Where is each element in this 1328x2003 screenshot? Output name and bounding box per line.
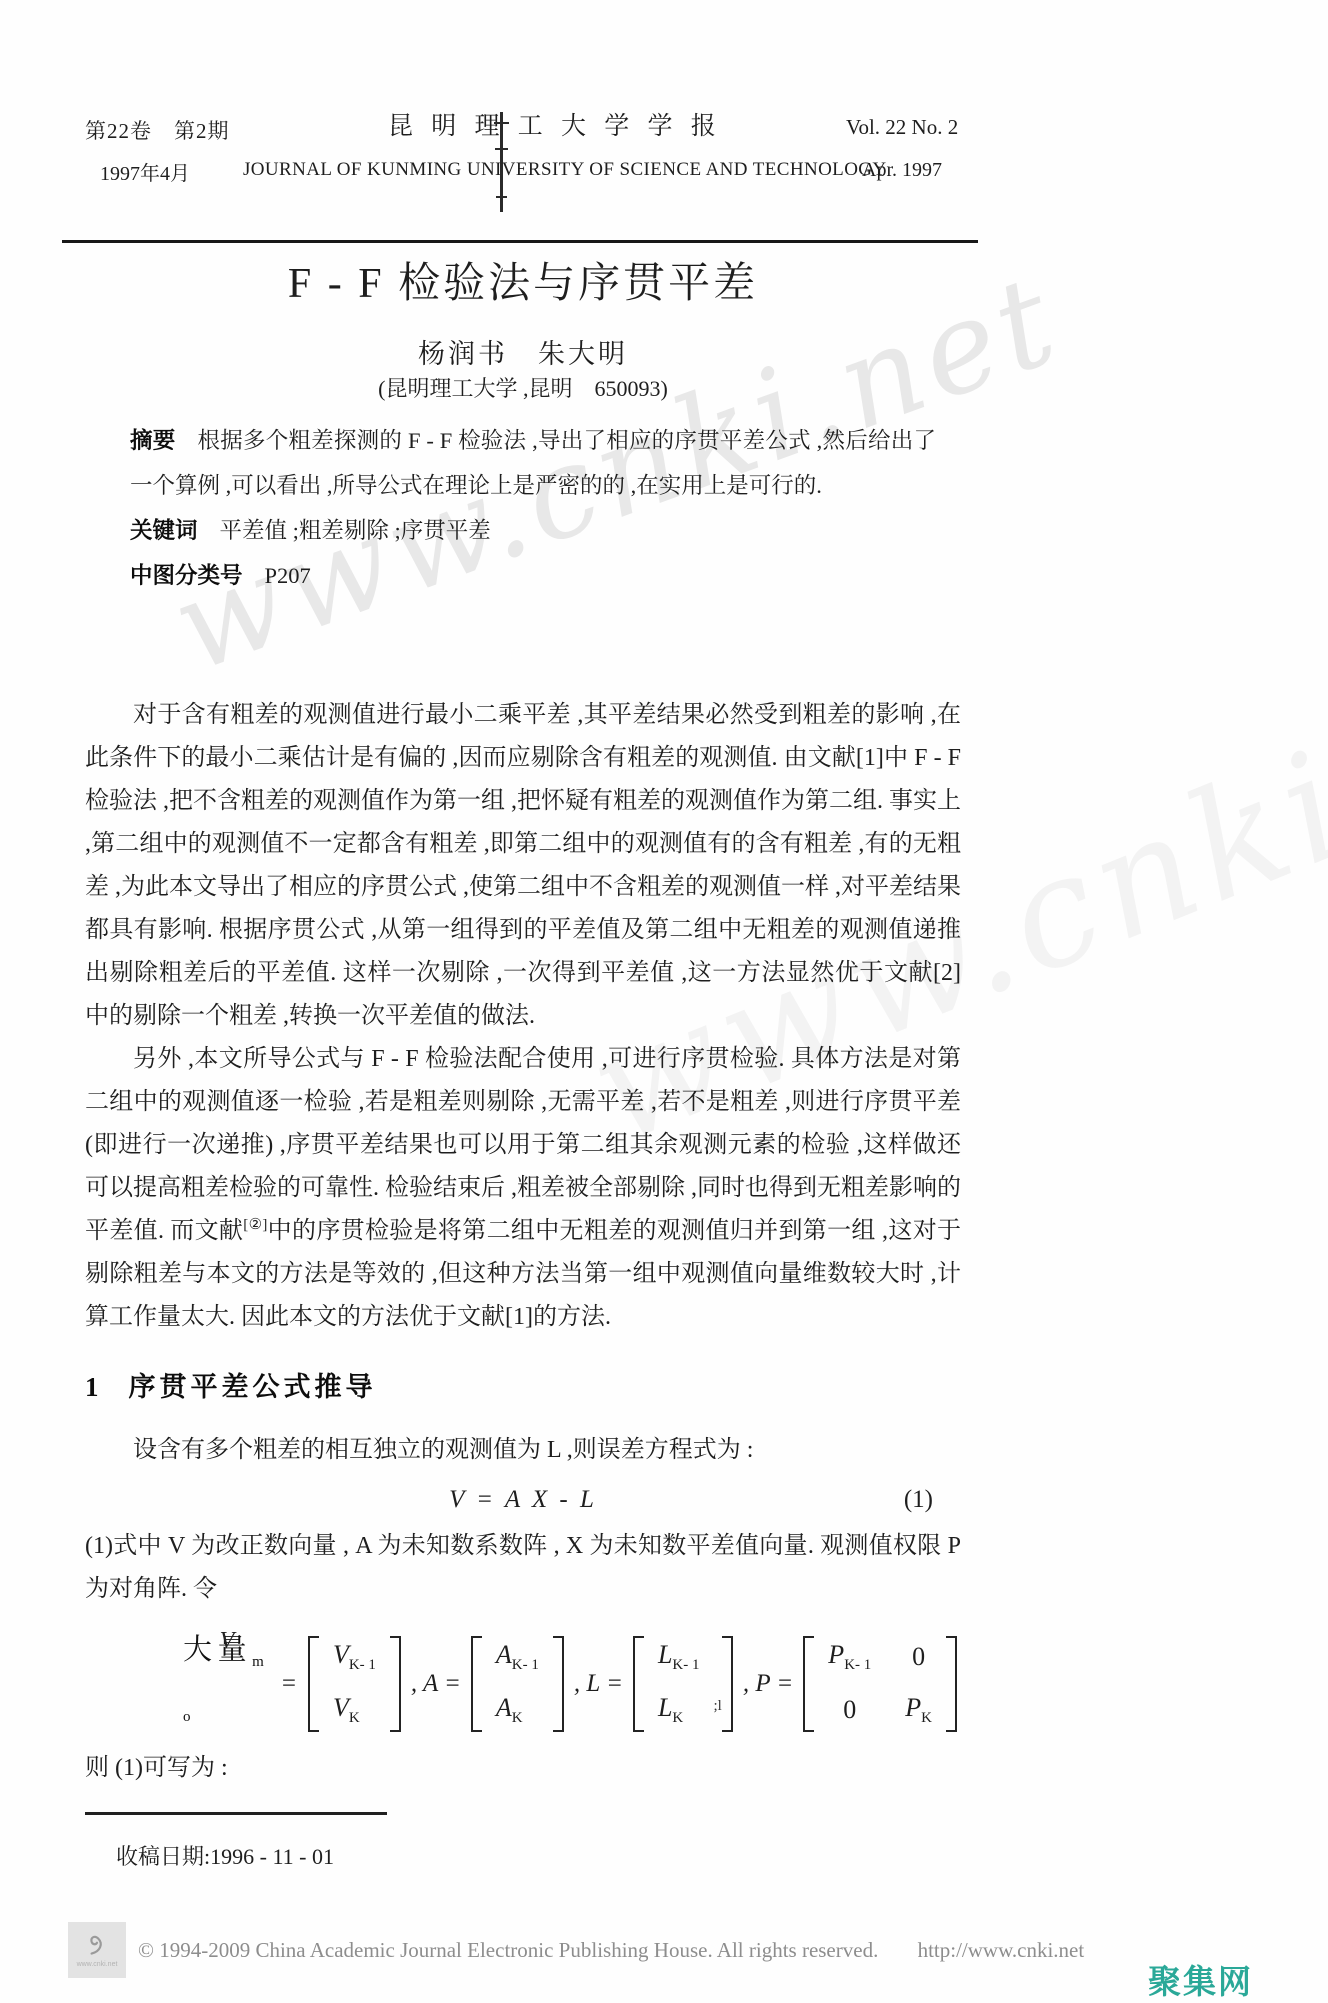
received-date: 收稿日期:1996 - 11 - 01 bbox=[116, 1840, 334, 1871]
left-bracket bbox=[471, 1636, 482, 1732]
abstract-label: 摘要 bbox=[130, 428, 175, 453]
section-title: 序贯平差公式推导 bbox=[129, 1372, 377, 1402]
scan-artifact-tick bbox=[494, 122, 509, 124]
equation-1-explanation: (1)式中 V 为改正数向量 , A 为未知数系数阵 , X 为未知数平差值向量… bbox=[85, 1525, 961, 1611]
journal-title-en: JOURNAL OF KUNMING UNIVERSITY OF SCIENCE… bbox=[243, 159, 887, 181]
scan-artifact-tick bbox=[495, 148, 508, 150]
matrix-l: LK- 1 LK ;l bbox=[633, 1636, 733, 1732]
equation-1: V = A X - L (1) bbox=[85, 1478, 961, 1521]
left-bracket bbox=[803, 1636, 814, 1732]
right-bracket bbox=[722, 1636, 733, 1732]
section-1-heading: 1序贯平差公式推导 bbox=[85, 1366, 961, 1409]
matrix-a-cell: AK- 1 bbox=[496, 1642, 539, 1673]
cnki-logo: www.cnki.net bbox=[68, 1922, 126, 1978]
cnki-url: http://www.cnki.net bbox=[918, 1938, 1085, 1962]
clc-code: P207 bbox=[265, 563, 311, 588]
matrix-p-cell: PK bbox=[905, 1695, 932, 1726]
article-body: 对于含有粗差的观测值进行最小二乘平差 ,其平差结果必然受到粗差的影响 ,在此条件… bbox=[85, 694, 961, 1790]
matrix-separator-p: , P = bbox=[743, 1662, 793, 1705]
matrix-p: PK- 1 0 0 PK bbox=[803, 1636, 957, 1732]
matrix-definitions: 大量Vm o = VK- 1 VK , A = AK- 1 AK , L bbox=[183, 1629, 961, 1739]
scan-artifact-stamp bbox=[494, 112, 510, 212]
paragraph-2: 另外 ,本文所导公式与 F - F 检验法配合使用 ,可进行序贯检验. 具体方法… bbox=[85, 1038, 961, 1339]
keywords-line: 关键词平差值 ;粗差剔除 ;序贯平差 bbox=[130, 508, 936, 553]
scan-artifact-tick bbox=[496, 196, 507, 198]
journal-title-cn: 昆 明 理 工 大 学 学 报 bbox=[388, 106, 722, 142]
matrix-l-cell: LK bbox=[658, 1695, 700, 1726]
v-symbol: V bbox=[220, 1620, 235, 1663]
equals-sign: = bbox=[282, 1662, 296, 1705]
cnki-swirl-icon bbox=[84, 1933, 110, 1959]
issue-date-en: Apr. 1997 bbox=[862, 159, 942, 182]
article-title: F - F 检验法与序贯平差 bbox=[85, 250, 961, 310]
equation-1-number: (1) bbox=[904, 1478, 933, 1521]
keywords-label: 关键词 bbox=[130, 518, 198, 543]
abstract-text: 根据多个粗差探测的 F - F 检验法 ,导出了相应的序贯平差公式 ,然后给出了… bbox=[130, 428, 936, 498]
right-bracket bbox=[390, 1636, 401, 1732]
reference-superscript: [②] bbox=[243, 1217, 267, 1233]
clc-label: 中图分类号 bbox=[130, 563, 243, 588]
issue-volume-cn: 第22卷 第2期 bbox=[85, 115, 230, 145]
wm-char-overlap: 量V bbox=[218, 1634, 253, 1666]
matrix-p-cell: 0 bbox=[912, 1644, 925, 1670]
matrix-v: VK- 1 VK bbox=[308, 1636, 401, 1732]
overlapping-watermark-text: 大量Vm o bbox=[183, 1629, 264, 1739]
matrix-a-cell: AK bbox=[496, 1695, 539, 1726]
equation-1-expression: V = A X - L bbox=[449, 1486, 597, 1513]
scan-artifact-text: ;l bbox=[714, 1685, 722, 1728]
matrix-separator-l: , L = bbox=[574, 1662, 623, 1705]
site-watermark: 聚集网 bbox=[1148, 1956, 1253, 2003]
clc-line: 中图分类号P207 bbox=[130, 553, 936, 598]
section-number: 1 bbox=[85, 1372, 99, 1402]
header-rule bbox=[62, 240, 978, 243]
right-bracket bbox=[946, 1636, 957, 1732]
cnki-logo-caption: www.cnki.net bbox=[77, 1961, 118, 1968]
copyright-line: © 1994-2009 China Academic Journal Elect… bbox=[138, 1938, 1158, 1963]
wm-char: 大 bbox=[183, 1634, 218, 1666]
keywords-text: 平差值 ;粗差剔除 ;序贯平差 bbox=[220, 518, 491, 543]
left-bracket bbox=[308, 1636, 319, 1732]
matrix-l-cell: LK- 1 bbox=[658, 1642, 700, 1673]
left-bracket bbox=[633, 1636, 644, 1732]
matrix-separator-a: , A = bbox=[411, 1662, 461, 1705]
copyright-text: © 1994-2009 China Academic Journal Elect… bbox=[138, 1938, 878, 1962]
matrix-p-cell: PK- 1 bbox=[828, 1642, 871, 1673]
matrix-p-cell: 0 bbox=[843, 1697, 856, 1723]
matrix-a: AK- 1 AK bbox=[471, 1636, 564, 1732]
matrix-v-cell: VK- 1 bbox=[333, 1642, 376, 1673]
journal-page: www.cnki.net www.cnki.net 第22卷 第2期 昆 明 理… bbox=[0, 0, 1328, 2003]
volume-number-en: Vol. 22 No. 2 bbox=[846, 115, 958, 140]
footnote-rule bbox=[85, 1812, 387, 1815]
paragraph-1: 对于含有粗差的观测值进行最小二乘平差 ,其平差结果必然受到粗差的影响 ,在此条件… bbox=[85, 694, 961, 1038]
authors: 杨润书 朱大明 bbox=[85, 332, 961, 371]
section-1-outro: 则 (1)可写为 : bbox=[85, 1747, 961, 1790]
issue-date-cn: 1997年4月 bbox=[100, 157, 190, 186]
section-1-intro: 设含有多个粗差的相互独立的观测值为 L ,则误差方程式为 : bbox=[85, 1429, 961, 1472]
paragraph-2-text: 另外 ,本文所导公式与 F - F 检验法配合使用 ,可进行序贯检验. 具体方法… bbox=[85, 1046, 961, 1244]
abstract-block: 摘要根据多个粗差探测的 F - F 检验法 ,导出了相应的序贯平差公式 ,然后给… bbox=[130, 418, 936, 598]
abstract-paragraph: 摘要根据多个粗差探测的 F - F 检验法 ,导出了相应的序贯平差公式 ,然后给… bbox=[130, 418, 936, 508]
right-bracket bbox=[553, 1636, 564, 1732]
matrix-v-cell: VK bbox=[333, 1695, 376, 1726]
affiliation: (昆明理工大学 ,昆明 650093) bbox=[85, 372, 961, 403]
